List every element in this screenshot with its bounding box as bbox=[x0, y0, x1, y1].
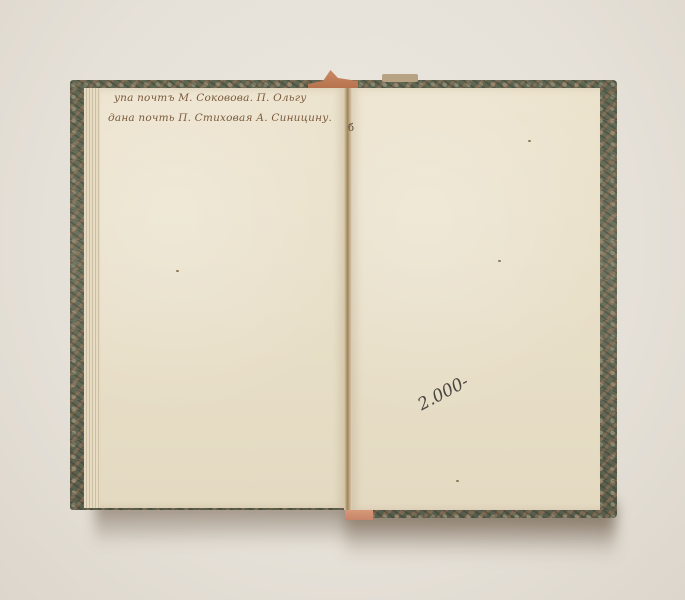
inscription-line-2: дана почть П. Стиховая А. Синицину. bbox=[108, 108, 348, 128]
spine-tape-top bbox=[382, 74, 418, 82]
inscription-line-1: yпа почтъ М. Соковова. П. Ольгу bbox=[108, 88, 348, 108]
paper-speck bbox=[456, 480, 459, 482]
left-page bbox=[100, 88, 346, 508]
paper-speck bbox=[176, 270, 179, 272]
book-photo: yпа почтъ М. Соковова. П. Ольгу дана поч… bbox=[0, 0, 685, 600]
right-page bbox=[350, 88, 600, 510]
gutter-mark: б bbox=[348, 123, 354, 134]
paper-speck bbox=[528, 140, 531, 142]
book-gutter bbox=[344, 88, 352, 510]
handwritten-inscription: yпа почтъ М. Соковова. П. Ольгу дана поч… bbox=[108, 88, 348, 128]
paper-speck bbox=[498, 260, 501, 262]
